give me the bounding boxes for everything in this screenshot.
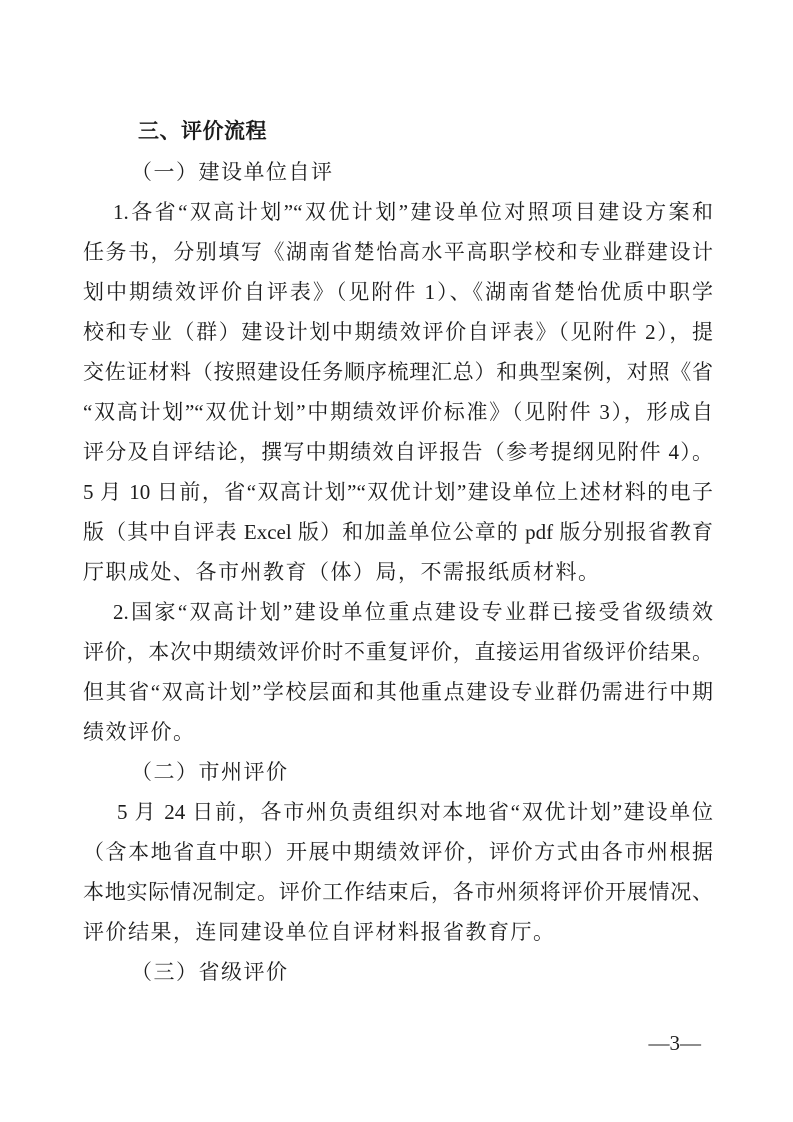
subsection-heading-1: （一）建设单位自评 [83,152,713,192]
text-line: 版（其中自评表 Excel 版）和加盖单位公章的 pdf 版分别报省教育 [83,512,713,552]
text-line: 评价结果，连同建设单位自评材料报省教育厅。 [83,912,713,952]
text-line: （含本地省直中职）开展中期绩效评价，评价方式由各市州根据 [83,832,713,872]
text-line: 校和专业（群）建设计划中期绩效评价自评表》（见附件 2），提 [83,312,713,352]
text-line: 绩效评价。 [83,712,713,752]
text-line: “双高计划”“双优计划”中期绩效评价标准》（见附件 3），形成自 [83,392,713,432]
text-line: 评价，本次中期绩效评价时不重复评价，直接运用省级评价结果。 [83,632,713,672]
document-page: 三、评价流程 （一）建设单位自评 1.各省“双高计划”“双优计划”建设单位对照项… [0,0,793,1122]
text-line: 划中期绩效评价自评表》（见附件 1）、《湖南省楚怡优质中职学 [83,272,713,312]
text-line: 但其省“双高计划”学校层面和其他重点建设专业群仍需进行中期 [83,672,713,712]
page-number: —3— [649,1028,702,1058]
text-line: 5 月 24 日前，各市州负责组织对本地省“双优计划”建设单位 [83,792,713,832]
subsection-heading-3: （三）省级评价 [83,952,713,992]
text-line: 2.国家“双高计划”建设单位重点建设专业群已接受省级绩效 [83,592,713,632]
text-line: 厅职成处、各市州教育（体）局，不需报纸质材料。 [83,552,713,592]
section-heading: 三、评价流程 [83,112,713,152]
text-line: 本地实际情况制定。评价工作结束后，各市州须将评价开展情况、 [83,872,713,912]
subsection-heading-2: （二）市州评价 [83,752,713,792]
text-line: 1.各省“双高计划”“双优计划”建设单位对照项目建设方案和 [83,192,713,232]
text-line: 5 月 10 日前，省“双高计划”“双优计划”建设单位上述材料的电子 [83,472,713,512]
text-line: 交佐证材料（按照建设任务顺序梳理汇总）和典型案例，对照《省 [83,352,713,392]
text-line: 评分及自评结论，撰写中期绩效自评报告（参考提纲见附件 4）。 [83,432,713,472]
document-body: 三、评价流程 （一）建设单位自评 1.各省“双高计划”“双优计划”建设单位对照项… [83,112,713,992]
text-line: 任务书，分别填写《湖南省楚怡高水平高职学校和专业群建设计 [83,232,713,272]
